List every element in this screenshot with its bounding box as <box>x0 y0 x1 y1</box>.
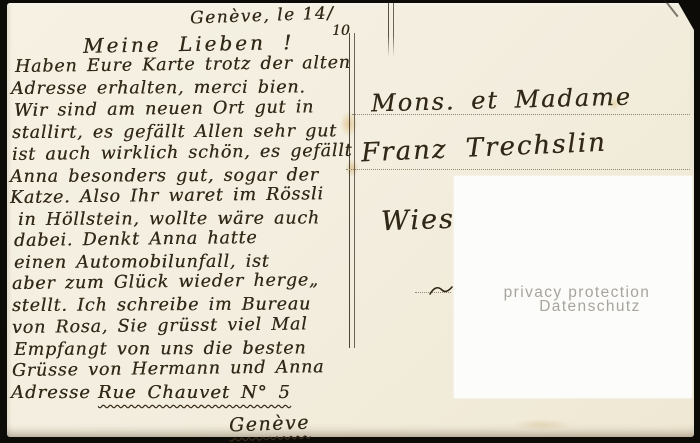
message-line: dabei. Denkt Anna hatte <box>14 229 258 251</box>
paper-stain <box>512 419 572 431</box>
address-rule-2 <box>346 169 690 170</box>
divider-line <box>349 33 355 348</box>
recipient-line-3-partial: Wies <box>381 205 456 237</box>
recipient-line-1: Mons. et Madame <box>371 84 633 117</box>
message-line: von Rosa, Sie grüsst viel Mal <box>12 315 308 338</box>
message-line: Katze. Also Ihr waret im Rössli <box>10 185 324 208</box>
corner-crack <box>663 0 678 17</box>
postcard: Genève, le 14/ 10 Meine Lieben ! Haben E… <box>7 3 694 437</box>
message-line: Adresse erhalten, merci bien. <box>11 78 306 99</box>
divider-line-top <box>388 3 394 57</box>
signature-city: Genève <box>229 413 311 437</box>
message-line: in Höllstein, wollte wäre auch <box>18 209 320 230</box>
postcard-scan: Genève, le 14/ 10 Meine Lieben ! Haben E… <box>0 0 700 443</box>
message-line: stallirt, es gefällt Allen sehr gut <box>12 122 337 143</box>
message-line: Haben Eure Karte trotz der alten <box>15 54 351 77</box>
privacy-watermark-line-2: Datenschutz <box>437 300 700 314</box>
sender-address-line: AdresseRue Chauvet N° 5 <box>11 383 291 403</box>
message-line: ist auch wirklich schön, es gefällt <box>12 142 353 165</box>
address-note-street: Rue Chauvet N° 5 <box>98 382 291 403</box>
address-note-prefix: Adresse <box>11 382 91 403</box>
privacy-watermark: privacy protection Datenschutz <box>437 286 700 314</box>
message-line: stellt. Ich schreibe im Bureau <box>12 295 311 316</box>
message-line: Grüsse von Hermann und Anna <box>12 358 325 381</box>
date-line: Genève, le 14/ <box>190 4 335 28</box>
message-line: Wir sind am neuen Ort gut in <box>14 98 314 121</box>
date-fraction: 10 <box>332 24 350 39</box>
recipient-line-2: Franz Trechslin <box>360 129 607 168</box>
message-line: einen Automobilunfall, ist <box>14 253 270 274</box>
message-line: aber zum Glück wieder herge„ <box>12 271 319 294</box>
